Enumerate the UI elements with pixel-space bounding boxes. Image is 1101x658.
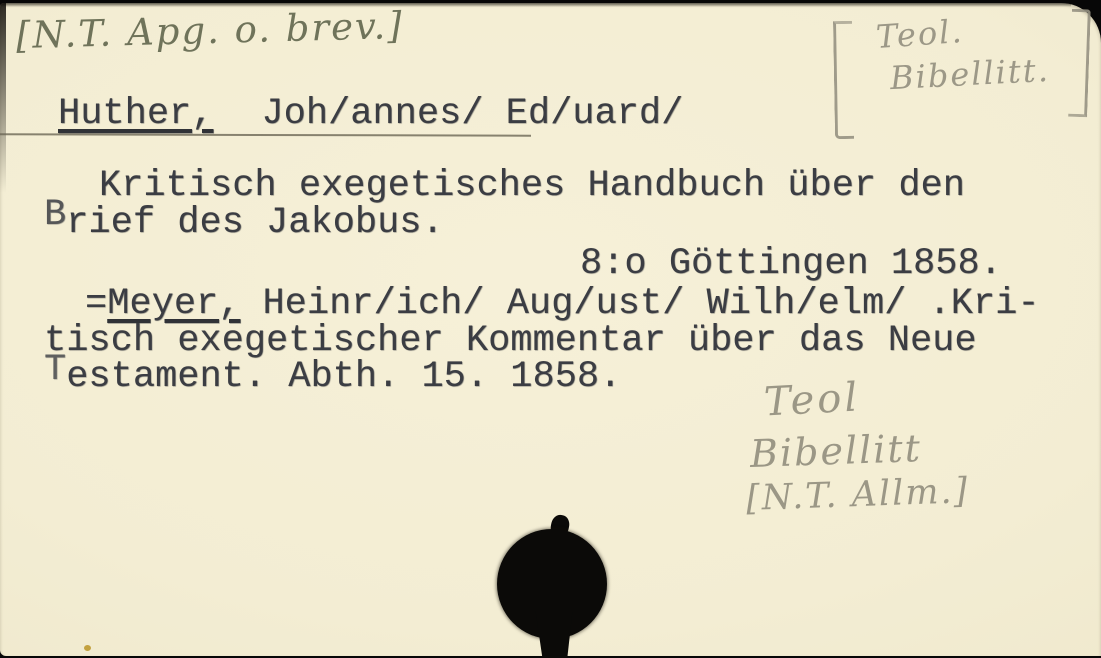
handwritten-classmark: [N.T. Apg. o. brev.] [16,4,405,57]
pencil-note-line-1: Teol [763,375,861,426]
bracket-right-icon [1068,9,1091,118]
title-line-2-rest: rief des Jakobus. [66,202,443,244]
series-line-1: =Meyer,Heinr/ich/ Aug/ust/ Wilh/elm/ .Kr… [85,285,1040,323]
author-surname: Huther, [58,93,213,135]
series-line-3-rest: estament. Abth. 15. 1858. [66,356,621,398]
raised-initial-b: B [44,194,66,236]
paper-speck [84,645,91,651]
author-forenames: Joh/annes/ Ed/uard/ [261,93,683,135]
heading-underline-rule [0,133,531,136]
title-line-2: Brief des Jakobus. [44,204,444,242]
series-line-2: tisch exegetischer Kommentar über das Ne… [44,322,977,360]
catalog-card: [N.T. Apg. o. brev.] Teol. Bibellitt. Hu… [0,3,1101,656]
stamp-line-1: Teol. [875,12,965,56]
pencil-note-line-3: [N.T. Allm.] [745,471,970,519]
pencil-note-line-2: Bibellitt [749,426,922,476]
series-equals-prefix: = [85,283,107,325]
raised-initial-t: T [44,349,66,391]
title-line-1: Kritisch exegetisches Handbuch über den [99,167,965,205]
imprint-line: 8:o Göttingen 1858. [580,245,1002,283]
bracket-left-icon [833,21,854,139]
series-author: Meyer, [107,283,240,325]
top-right-pencil-stamp: Teol. Bibellitt. [828,7,1094,147]
series-line-1-rest: Heinr/ich/ Aug/ust/ Wilh/elm/ .Kri- [262,283,1039,325]
heading-line: Huther,Joh/annes/ Ed/uard/ [58,95,683,133]
series-line-3: Testament. Abth. 15. 1858. [44,358,621,396]
stamp-line-2: Bibellitt. [889,51,1051,97]
scanned-image-background: [N.T. Apg. o. brev.] Teol. Bibellitt. Hu… [0,0,1101,658]
card-edge-shadow-left [0,3,6,193]
